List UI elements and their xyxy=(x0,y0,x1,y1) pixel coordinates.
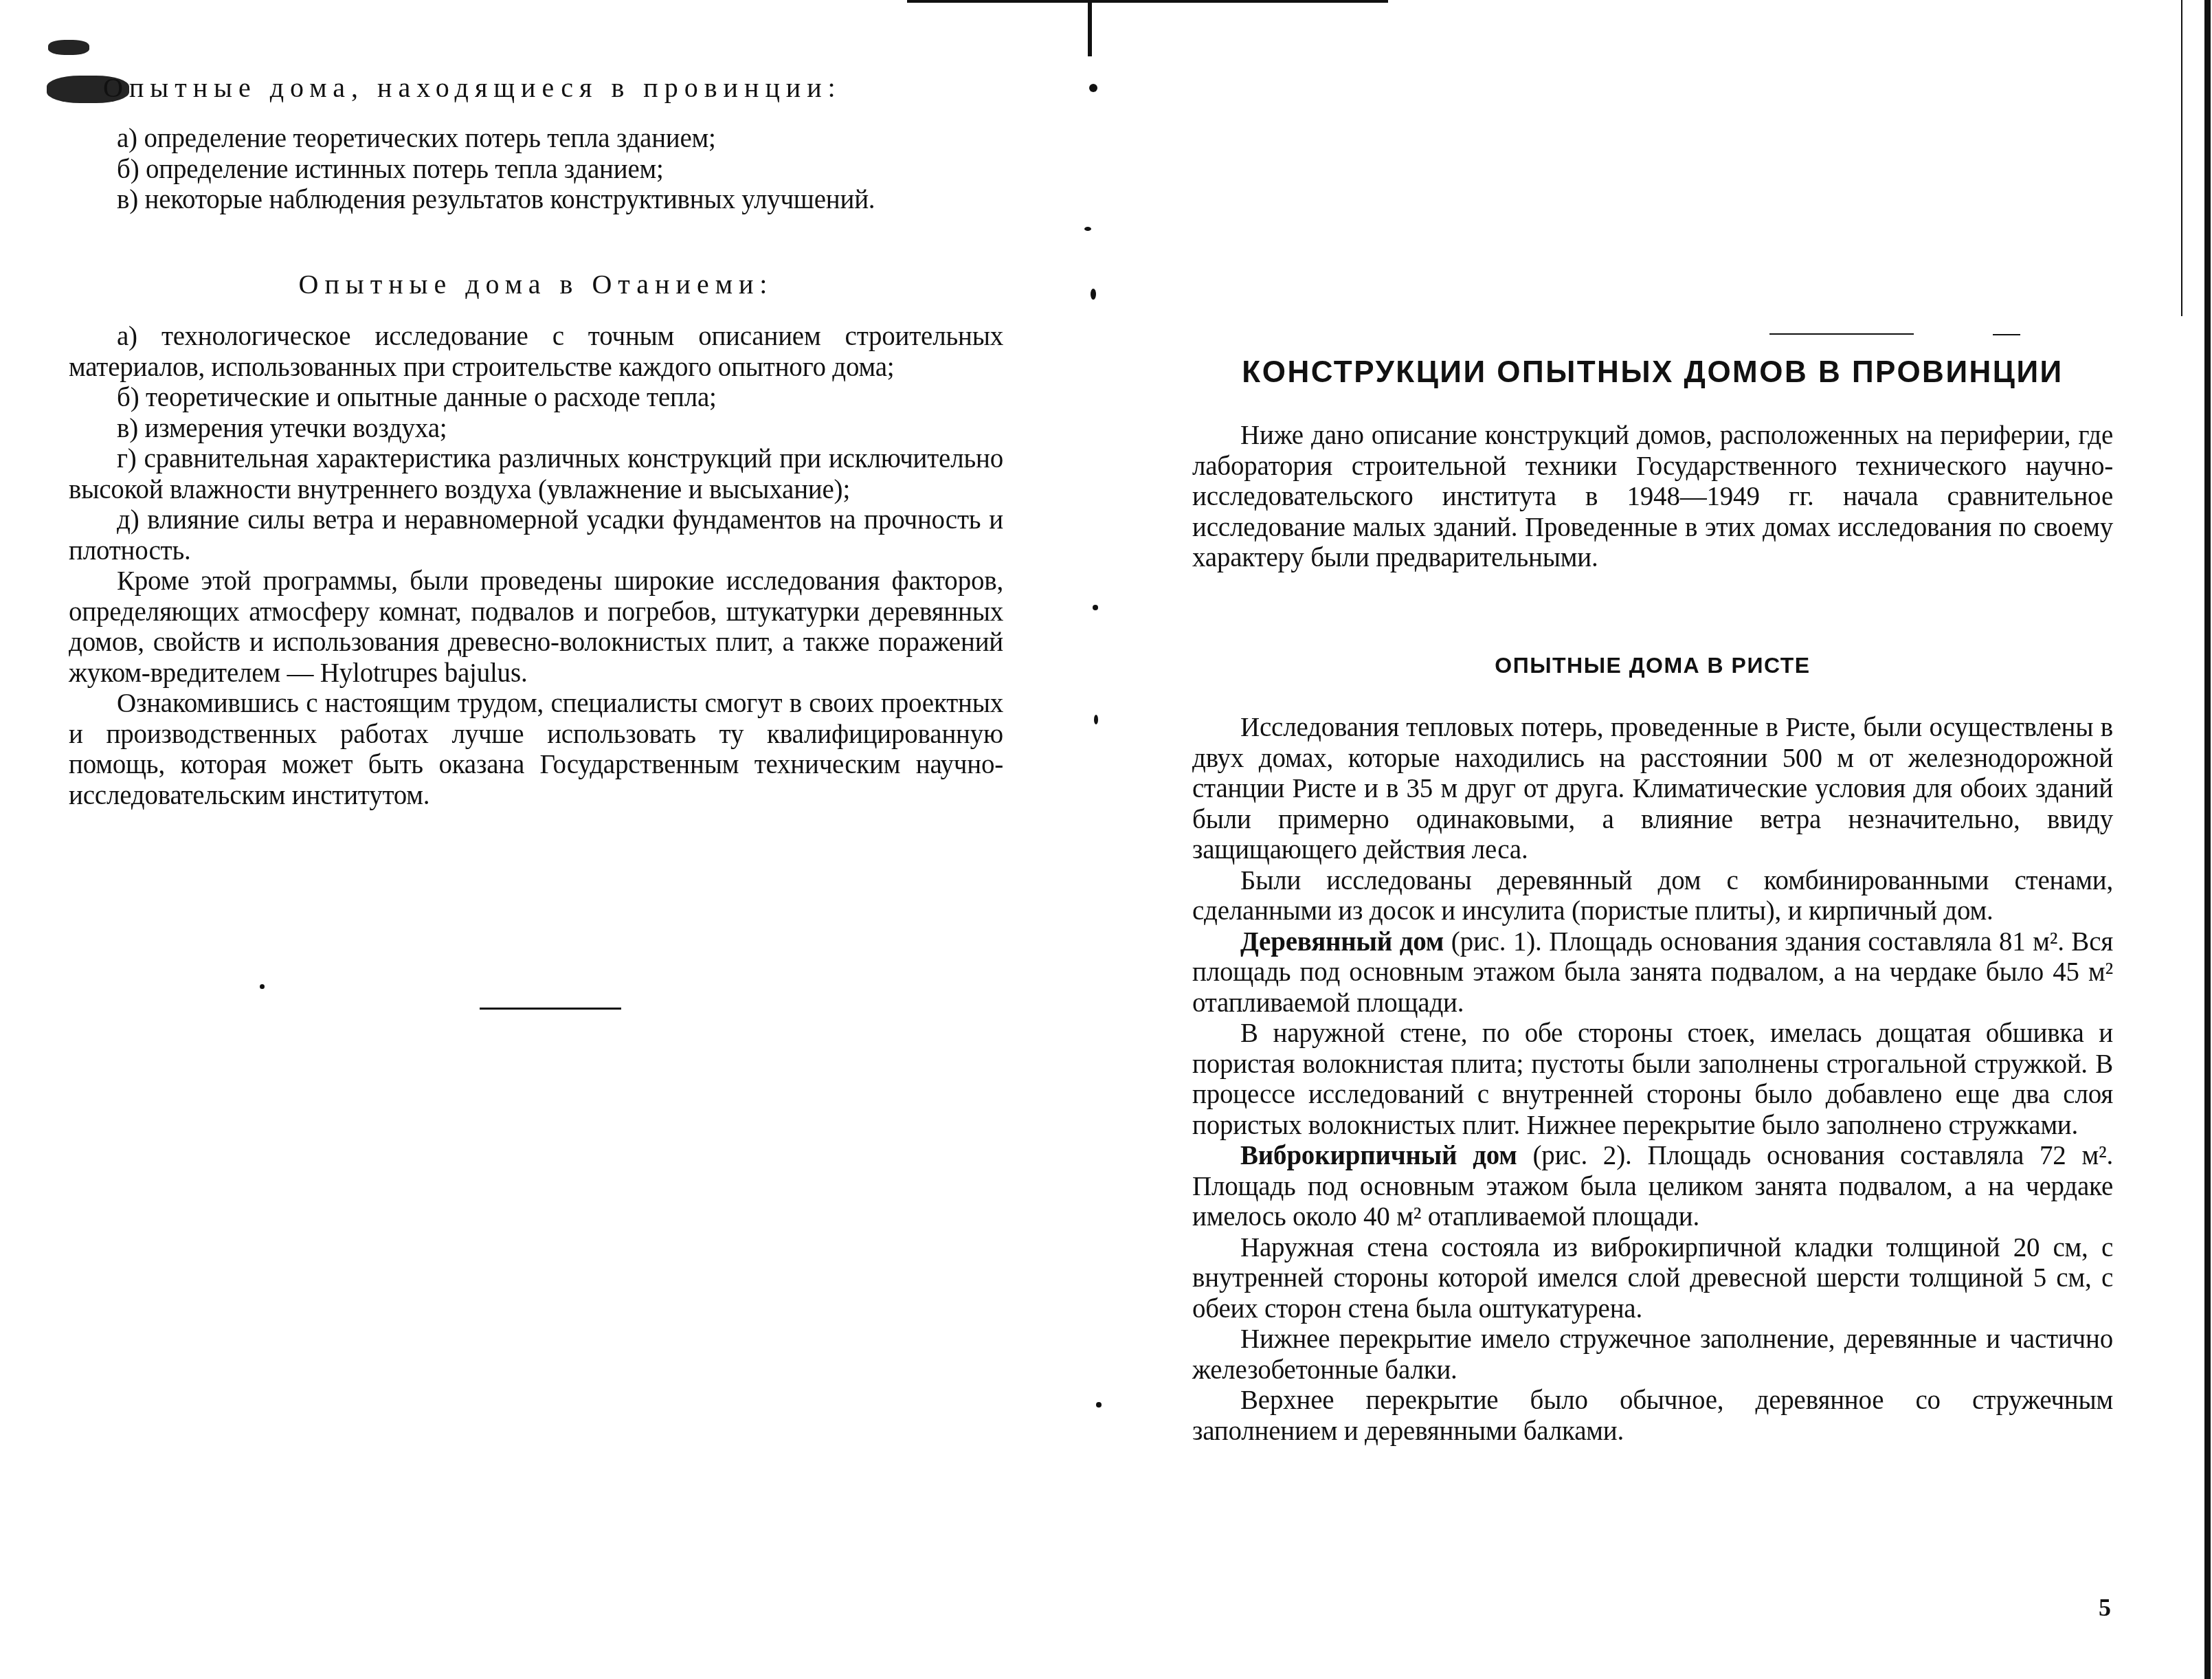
paragraph-text: В наружной стене, по обе стороны стоек, … xyxy=(1192,1019,2113,1140)
paragraph-lead-vibrobrick-house: Виброкирпичный дом xyxy=(1240,1141,1517,1170)
list-item: б) теоретические и опытные данные о расх… xyxy=(69,383,1003,414)
list-item: а) определение теоретических потерь тепл… xyxy=(69,124,1003,155)
scan-speck xyxy=(1091,289,1096,300)
body-paragraph: Нижнее перекрытие имело стружечное запол… xyxy=(1192,1324,2113,1386)
scan-speck xyxy=(1093,605,1098,610)
provinces-tasks-list: а) определение теоретических потерь тепл… xyxy=(69,124,1003,216)
title-overline-dash xyxy=(1993,334,2020,335)
scan-speck xyxy=(1084,227,1091,231)
list-item: в) некоторые наблюдения результатов конс… xyxy=(69,185,1003,216)
body-paragraph: Были исследованы деревянный дом с комбин… xyxy=(1192,866,2113,927)
paragraph-text: Нижнее перекрытие имело стружечное запол… xyxy=(1192,1324,2113,1385)
right-edge-bar xyxy=(2204,0,2211,1679)
provinces-houses-heading: Опытные дома, находящиеся в провинции: xyxy=(103,73,842,103)
body-paragraph: Исследования тепловых потерь, проведенны… xyxy=(1192,713,2113,866)
body-paragraph: Деревянный дом (рис. 1). Площадь основан… xyxy=(1192,927,2113,1019)
scan-speck xyxy=(1089,84,1097,92)
right-edge-line xyxy=(2181,0,2182,316)
body-paragraph: Верхнее перекрытие было обычное, деревян… xyxy=(1192,1386,2113,1447)
body-paragraph: Наружная стена состояла из виброкирпично… xyxy=(1192,1233,2113,1325)
paragraph-text: Верхнее перекрытие было обычное, деревян… xyxy=(1192,1386,2113,1446)
top-edge-rule xyxy=(907,0,1388,3)
otaniemi-houses-heading: Опытные дома в Отаниеми: xyxy=(69,269,1003,300)
page-number: 5 xyxy=(2099,1593,2111,1622)
body-paragraph: Виброкирпичный дом (рис. 2). Площадь осн… xyxy=(1192,1141,2113,1233)
body-paragraph: В наружной стене, по обе стороны стоек, … xyxy=(1192,1019,2113,1141)
subsection-title: ОПЫТНЫЕ ДОМА В РИСТЕ xyxy=(1192,652,2113,679)
scan-speck xyxy=(260,984,265,989)
body-paragraph: Ознакомившись с настоящим трудом, специа… xyxy=(69,689,1003,811)
riste-body: Исследования тепловых потерь, проведенны… xyxy=(1192,713,2113,1447)
scan-speck xyxy=(1096,1402,1102,1408)
scan-ink-blot xyxy=(48,40,89,55)
intro-paragraph: Ниже дано описание конструкций домов, ра… xyxy=(1192,421,2113,574)
list-item: д) влияние силы ветра и неравномерной ус… xyxy=(69,505,1003,566)
paragraph-text: Исследования тепловых потерь, проведенны… xyxy=(1192,713,2113,865)
list-item: а) технологическое исследование с точным… xyxy=(69,322,1003,383)
otaniemi-tasks-list: а) технологическое исследование с точным… xyxy=(69,322,1003,811)
paragraph-lead-wooden-house: Деревянный дом xyxy=(1240,927,1444,957)
paragraph-text: Были исследованы деревянный дом с комбин… xyxy=(1192,866,2113,926)
list-item: г) сравнительная характеристика различны… xyxy=(69,444,1003,505)
title-overline xyxy=(1769,333,1914,335)
body-paragraph: Кроме этой программы, были проведены шир… xyxy=(69,566,1003,689)
list-item: в) измерения утечки воздуха; xyxy=(69,414,1003,445)
paragraph-text: Наружная стена состояла из виброкирпично… xyxy=(1192,1233,2113,1324)
list-item: б) определение истинных потерь тепла зда… xyxy=(69,155,1003,186)
scan-speck xyxy=(1094,715,1098,724)
section-title: КОНСТРУКЦИИ ОПЫТНЫХ ДОМОВ В ПРОВИНЦИИ xyxy=(1192,355,2113,390)
end-of-section-rule xyxy=(480,1008,621,1010)
gutter-mark xyxy=(1088,3,1092,56)
